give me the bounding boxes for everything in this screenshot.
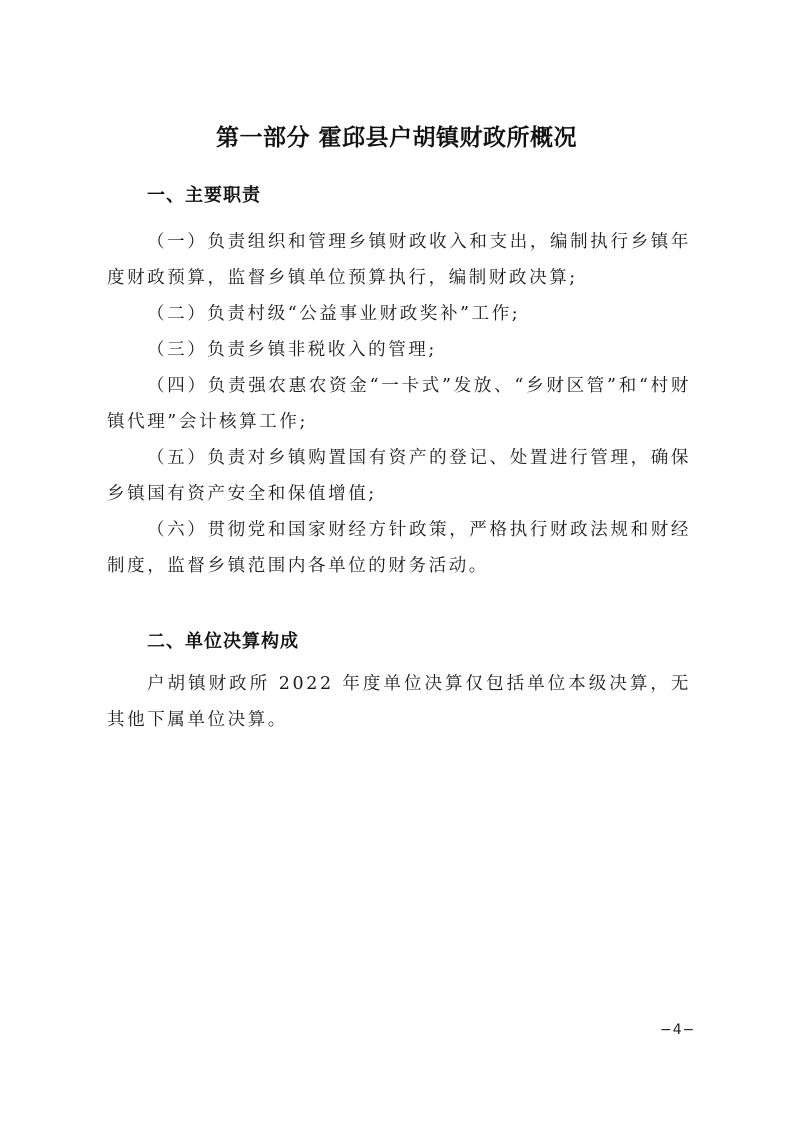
duty-paragraph-3: （三）负责乡镇非税收入的管理; [107,332,691,368]
page-number: −4− [660,1022,695,1038]
duty-paragraph-2: （二）负责村级“公益事业财政奖补”工作; [107,296,691,332]
duty-paragraph-5: （五）负责对乡镇购置国有资产的登记、处置进行管理，确保乡镇国有资产安全和保值增值… [107,440,691,512]
composition-paragraph: 户胡镇财政所 2022 年度单位决算仅包括单位本级决算，无其他下属单位决算。 [107,666,691,738]
section-heading-budget-composition: 二、单位决算构成 [147,628,299,656]
duty-paragraph-6: （六）贯彻党和国家财经方针政策，严格执行财政法规和财经制度，监督乡镇范围内各单位… [107,512,691,584]
page-title: 第一部分 霍邱县户胡镇财政所概况 [0,122,793,154]
section-heading-main-duties: 一、主要职责 [147,182,261,210]
document-page: 第一部分 霍邱县户胡镇财政所概况 一、主要职责 （一）负责组织和管理乡镇财政收入… [0,0,793,1122]
duty-paragraph-4: （四）负责强农惠农资金“一卡式”发放、“乡财区管”和“村财镇代理”会计核算工作; [107,368,691,440]
duty-paragraph-1: （一）负责组织和管理乡镇财政收入和支出，编制执行乡镇年度财政预算，监督乡镇单位预… [107,224,691,296]
